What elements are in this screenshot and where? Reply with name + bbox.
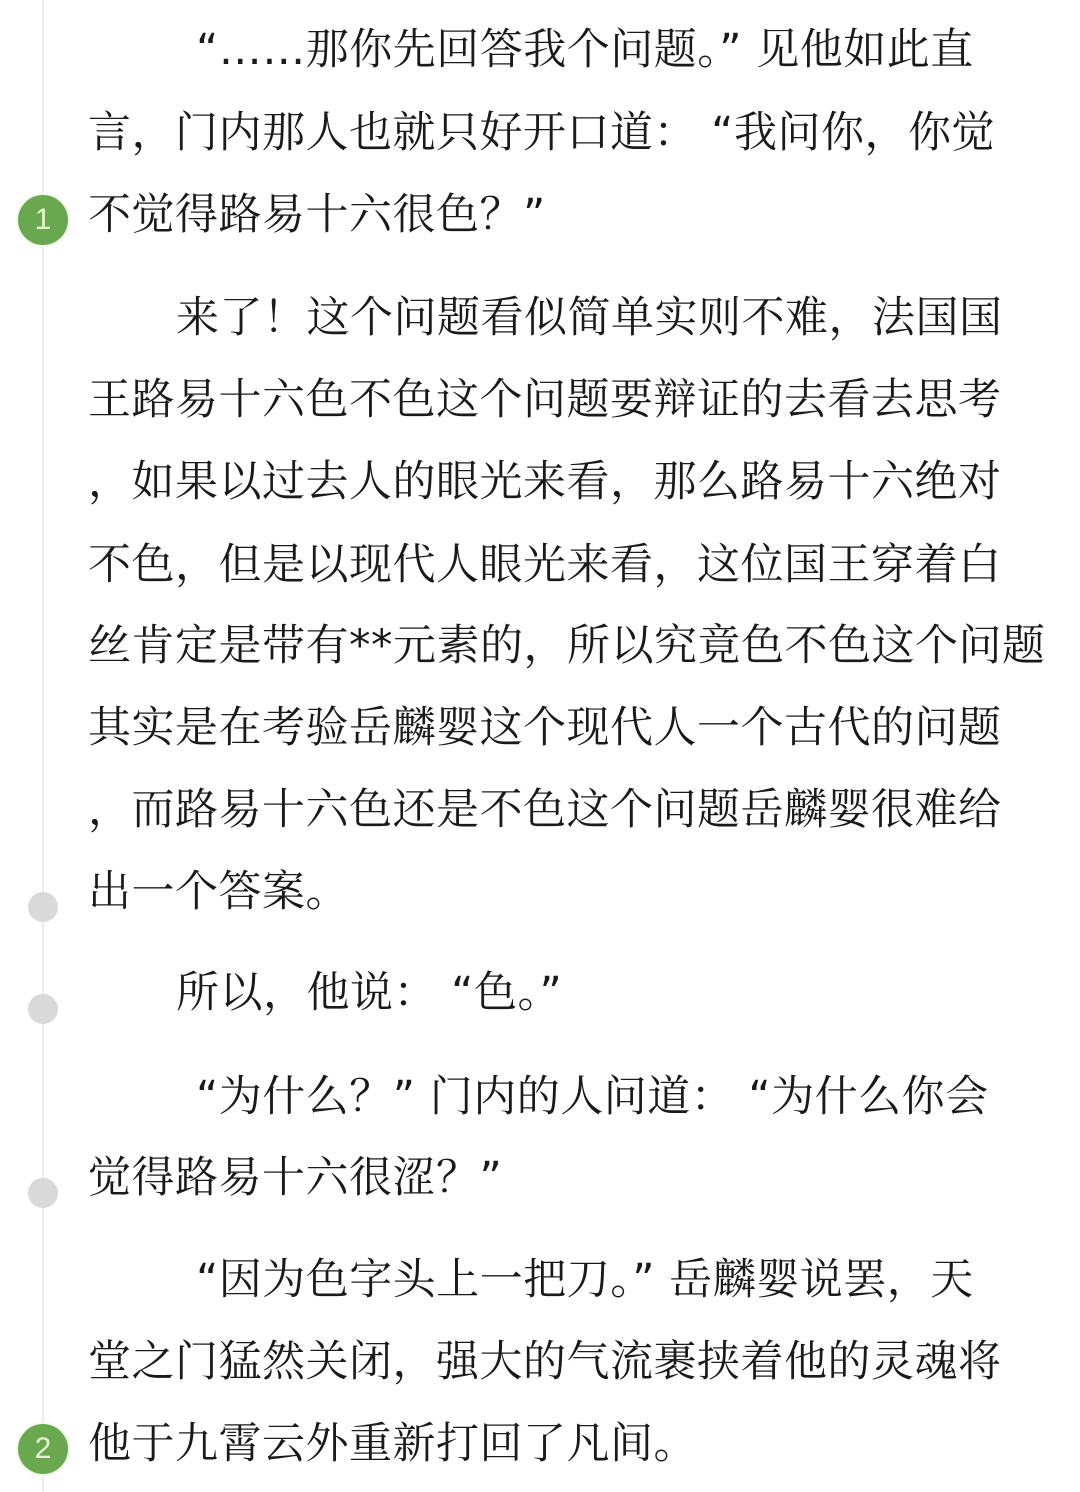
paragraph-4-line: “为什么？” 门内的人问道： “为什么你会	[196, 1056, 989, 1138]
paragraph-1-line: “……那你先回答我个问题。” 见他如此直	[196, 9, 974, 91]
paragraph-2-line: 出一个答案。	[88, 851, 349, 933]
paragraph-5-line: 堂之门猛然关闭，强大的气流裹挟着他的灵魂将	[88, 1321, 1002, 1403]
step-number: 2	[35, 1432, 52, 1466]
step-dot-marker	[28, 892, 58, 922]
paragraph-1-line: 言，门内那人也就只好开口道： “我问你，你觉	[88, 92, 995, 174]
paragraph-5-line: “因为色字头上一把刀。” 岳麟婴说罢，天	[196, 1239, 974, 1321]
step-marker-2: 2	[18, 1424, 68, 1474]
paragraph-4-line: 觉得路易十六很涩？”	[88, 1137, 502, 1219]
paragraph-2-line: ，如果以过去人的眼光来看，那么路易十六绝对	[88, 441, 1002, 523]
paragraph-5-line: 他于九霄云外重新打回了凡间。	[88, 1403, 697, 1485]
paragraph-2-line: 来了！这个问题看似简单实则不难，法国国	[176, 277, 1003, 359]
step-number: 1	[35, 203, 52, 237]
paragraph-2-line: ，而路易十六色还是不色这个问题岳麟婴很难给	[88, 769, 1002, 851]
step-dot-marker	[28, 994, 58, 1024]
paragraph-3-line: 所以，他说： “色。”	[176, 952, 562, 1034]
paragraph-2-line: 丝肯定是带有**元素的，所以究竟色不色这个问题	[88, 605, 1046, 687]
paragraph-2-line: 其实是在考验岳麟婴这个现代人一个古代的问题	[88, 687, 1002, 769]
step-marker-1: 1	[18, 195, 68, 245]
paragraph-1-line: 不觉得路易十六很色？”	[88, 174, 546, 256]
paragraph-2-line: 不色，但是以现代人眼光来看，这位国王穿着白	[88, 524, 1002, 606]
paragraph-2-line: 王路易十六色不色这个问题要辩证的去看去思考	[88, 359, 1002, 441]
step-dot-marker	[28, 1178, 58, 1208]
